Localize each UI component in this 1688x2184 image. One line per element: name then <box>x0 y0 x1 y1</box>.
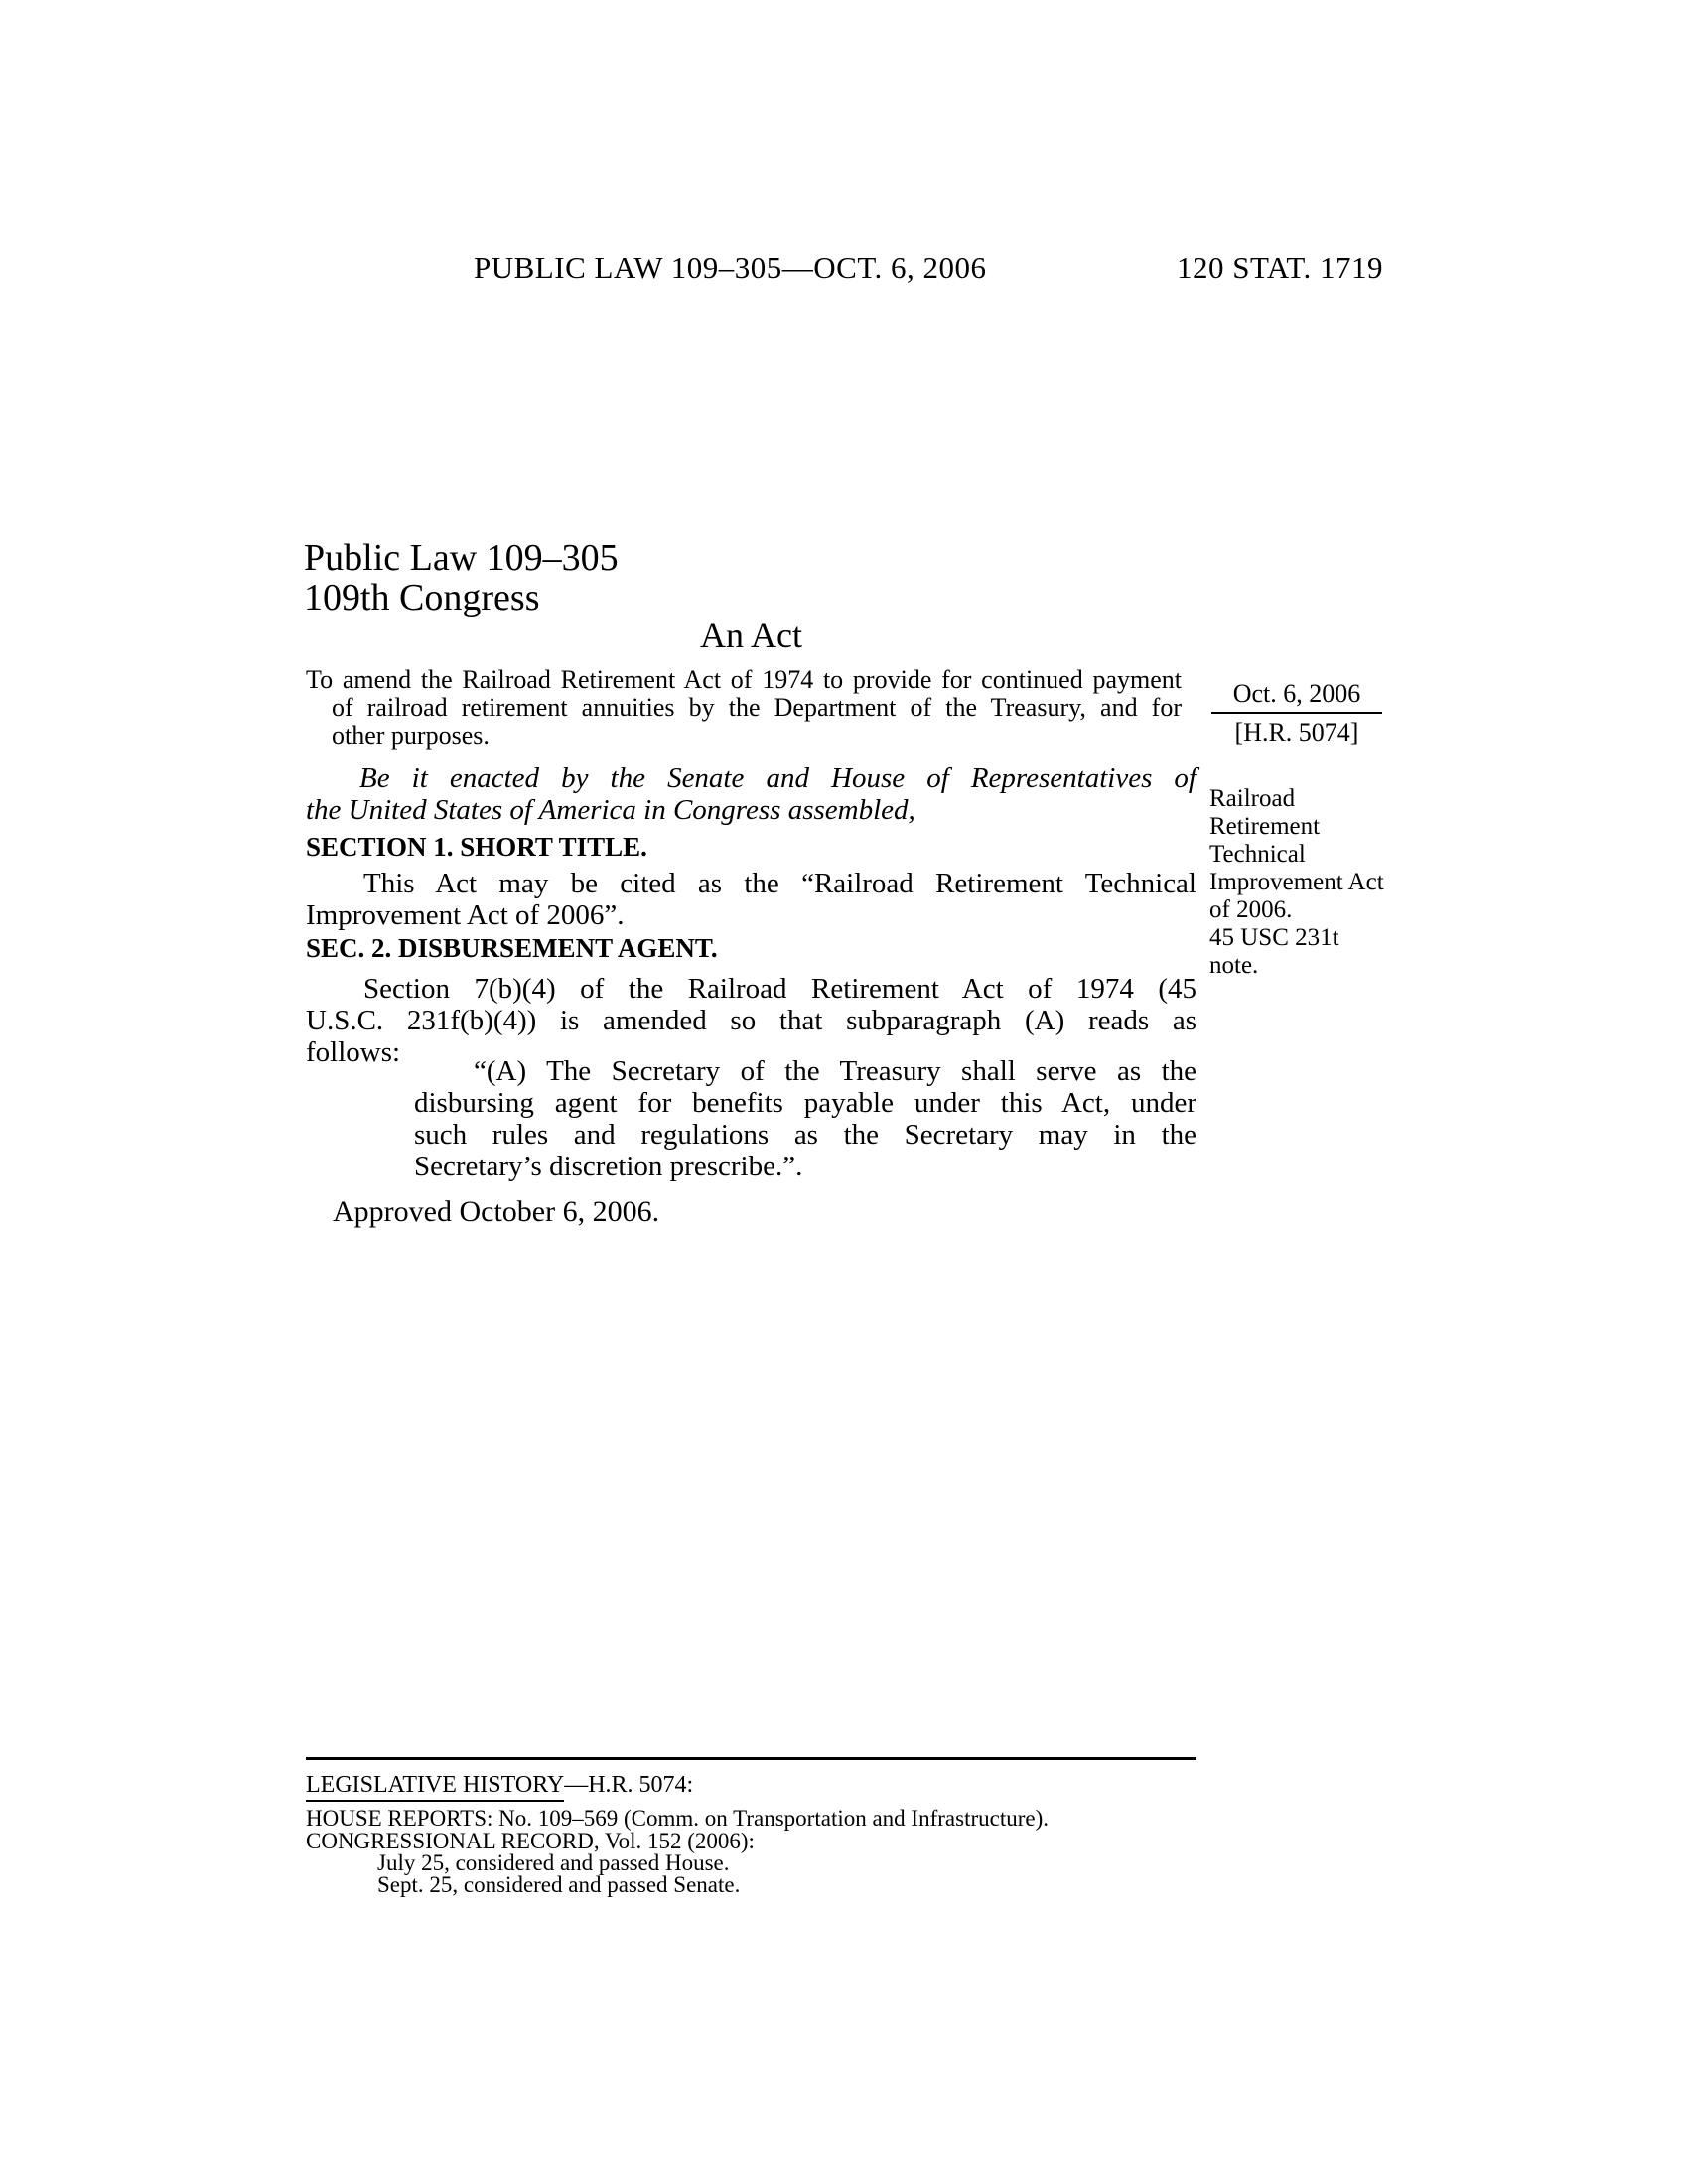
text-line: Be it enacted by the Senate and House of… <box>306 762 1196 794</box>
text-line: Section 7(b)(4) of the Railroad Retireme… <box>306 973 1196 1005</box>
running-header-law-number: PUBLIC LAW 109–305—OCT. 6, 2006 <box>474 250 986 286</box>
text-line: U.S.C. 231f(b)(4)) is amended so that su… <box>306 1005 1196 1036</box>
legislative-history-heading: LEGISLATIVE HISTORY—H.R. 5074: <box>306 1771 693 1799</box>
preamble: To amend the Railroad Retirement Act of … <box>306 666 1182 750</box>
running-header-stat-citation: 120 STAT. 1719 <box>1085 250 1383 286</box>
text-line: Railroad <box>1209 785 1398 813</box>
text-line: of railroad retirement annuities by the … <box>306 694 1182 722</box>
act-heading: An Act <box>306 615 1196 655</box>
text-line: Improvement Act of 2006”. <box>306 899 1196 931</box>
legislative-history-heading-underlined: LEGISLATIVE HISTORY <box>306 1772 564 1802</box>
margin-short-title-note: RailroadRetirementTechnicalImprovement A… <box>1209 785 1398 980</box>
section2-heading: SEC. 2. DISBURSEMENT AGENT. <box>306 933 718 963</box>
enacting-clause: Be it enacted by the Senate and House of… <box>306 762 1196 826</box>
congressional-record-entry: Sept. 25, considered and passed Senate. <box>377 1873 740 1897</box>
amendment-quote: “(A) The Secretary of the Treasury shall… <box>414 1055 1196 1182</box>
section2-paragraph: Section 7(b)(4) of the Railroad Retireme… <box>306 973 1196 1068</box>
statute-page: PUBLIC LAW 109–305—OCT. 6, 2006 120 STAT… <box>0 0 1688 2184</box>
legislative-history-rule <box>306 1757 1196 1760</box>
section1-heading: SECTION 1. SHORT TITLE. <box>306 832 647 862</box>
legislative-history-heading-bill: —H.R. 5074: <box>564 1772 693 1798</box>
section1-paragraph: This Act may be cited as the “Railroad R… <box>306 868 1196 931</box>
text-line: To amend the Railroad Retirement Act of … <box>306 666 1182 694</box>
text-line: 45 USC 231t <box>1209 924 1398 952</box>
text-line: such rules and regulations as the Secret… <box>414 1119 1196 1151</box>
text-line: other purposes. <box>306 722 1182 750</box>
bill-number: [H.R. 5074] <box>1211 714 1382 747</box>
text-line: disbursing agent for benefits payable un… <box>414 1087 1196 1119</box>
text-line: Retirement <box>1209 813 1398 841</box>
text-line: Secretary’s discretion prescribe.”. <box>414 1151 1196 1182</box>
text-line: “(A) The Secretary of the Treasury shall… <box>414 1055 1196 1087</box>
margin-date-block: Oct. 6, 2006 [H.R. 5074] <box>1211 680 1382 747</box>
text-line: Technical <box>1209 841 1398 869</box>
text-line: of 2006. <box>1209 896 1398 924</box>
text-line: the United States of America in Congress… <box>306 794 1196 826</box>
text-line: Improvement Act <box>1209 869 1398 896</box>
congress-title: 109th Congress <box>304 578 619 617</box>
enactment-date: Oct. 6, 2006 <box>1211 680 1382 714</box>
text-line: note. <box>1209 952 1398 980</box>
law-title-block: Public Law 109–305 109th Congress <box>304 538 619 617</box>
law-number-title: Public Law 109–305 <box>304 538 619 578</box>
approved-line: Approved October 6, 2006. <box>333 1195 659 1229</box>
house-reports-line: HOUSE REPORTS: No. 109–569 (Comm. on Tra… <box>306 1807 1049 1831</box>
text-line: This Act may be cited as the “Railroad R… <box>306 868 1196 899</box>
